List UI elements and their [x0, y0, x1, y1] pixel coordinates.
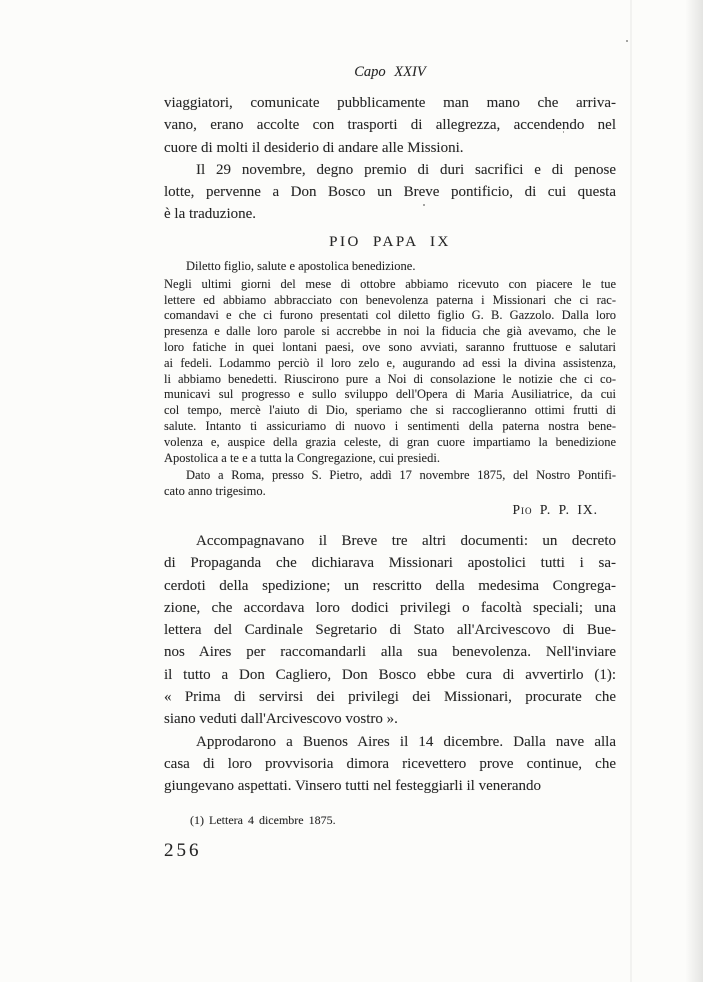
text-line: cuore di molti il desiderio di andare al… [164, 137, 616, 159]
text-block: Capo XXIV viaggiatori, comunicate pubbli… [164, 0, 616, 862]
breve-salutation: Diletto figlio, salute e apostolica bene… [164, 258, 616, 274]
text-line: Il 29 novembre, degno premio di duri sac… [164, 159, 616, 181]
text-line: loro fatiche in quei lontani paesi, ove … [164, 340, 616, 356]
scan-speck [626, 40, 628, 42]
text-line: Negli ultimi giorni del mese di ottobre … [164, 277, 616, 293]
paragraph-arrival-buenos-aires: Approdarono a Buenos Aires il 14 dicembr… [164, 731, 616, 798]
text-line: cato anno trigesimo. [164, 484, 616, 500]
page-fold-line [630, 0, 632, 982]
text-line: Dato a Roma, presso S. Pietro, addì 17 n… [164, 468, 616, 484]
page-number: 256 [164, 840, 616, 862]
running-head: Capo XXIV [164, 64, 616, 81]
text-line: lotte, pervenne a Don Bosco un Breve pon… [164, 181, 616, 203]
text-line: ai fedeli. Lodammo perciò il loro zelo e… [164, 356, 616, 372]
breve-signature: Pio P. P. IX. [164, 502, 616, 518]
scan-page: { "colors": { "paper": "#fcfcfa", "ink":… [0, 0, 703, 982]
text-line: Accompagnavano il Breve tre altri docume… [164, 530, 616, 552]
paragraph-accompanying-documents: Accompagnavano il Breve tre altri docume… [164, 530, 616, 731]
footnote: (1) Lettera 4 dicembre 1875. [164, 813, 616, 828]
text-line: viaggiatori, comunicate pubblicamente ma… [164, 92, 616, 114]
text-line: casa di loro provvisoria dimora ricevett… [164, 753, 616, 775]
text-line: col tempo, mercè l'aiuto di Dio, speriam… [164, 403, 616, 419]
text-line: di Propaganda che dichiarava Missionari … [164, 552, 616, 574]
text-line: nos Aires per raccomandarli alla sua ben… [164, 641, 616, 663]
text-line: municavi sul progresso e sullo sviluppo … [164, 387, 616, 403]
text-line: è la traduzione. [164, 203, 616, 225]
text-line: lettere ed abbiamo abbracciato con benev… [164, 293, 616, 309]
text-line: volenza e, auspice della grazia celeste,… [164, 435, 616, 451]
text-line: Apostolica a te e a tutta la Congregazio… [164, 451, 616, 467]
text-line: comandavi e che ci furono presentati col… [164, 308, 616, 324]
paragraph-breve-announcement: Il 29 novembre, degno premio di duri sac… [164, 159, 616, 226]
text-line: presenza e dalle loro parole si accrebbe… [164, 324, 616, 340]
text-line: zione, che accordava loro dodici privile… [164, 597, 616, 619]
text-line: « Prima di servirsi dei privilegi dei Mi… [164, 686, 616, 708]
text-line: salute. Intanto ti assicuriamo di nuovo … [164, 419, 616, 435]
paragraph-arrivals-continuation: viaggiatori, comunicate pubblicamente ma… [164, 92, 616, 159]
scan-speck [423, 204, 425, 206]
text-line: giungevano aspettati. Vinsero tutti nel … [164, 775, 616, 797]
text-line: siano veduti dall'Arcivescovo vostro ». [164, 708, 616, 730]
page-edge-shadow [685, 0, 703, 982]
text-line: vano, erano accolte con trasporti di all… [164, 114, 616, 136]
text-line: Approdarono a Buenos Aires il 14 dicembr… [164, 731, 616, 753]
text-line: cerdoti della spedizione; un rescritto d… [164, 575, 616, 597]
scan-speck [563, 131, 564, 133]
breve-dateline: Dato a Roma, presso S. Pietro, addì 17 n… [164, 468, 616, 500]
text-line: li abbiamo benedetti. Riuscirono pure a … [164, 372, 616, 388]
breve-heading: PIO PAPA IX [164, 234, 616, 250]
text-line: lettera del Cardinale Segretario di Stat… [164, 619, 616, 641]
text-line: il tutto a Don Cagliero, Don Bosco ebbe … [164, 664, 616, 686]
breve-body: Negli ultimi giorni del mese di ottobre … [164, 277, 616, 467]
